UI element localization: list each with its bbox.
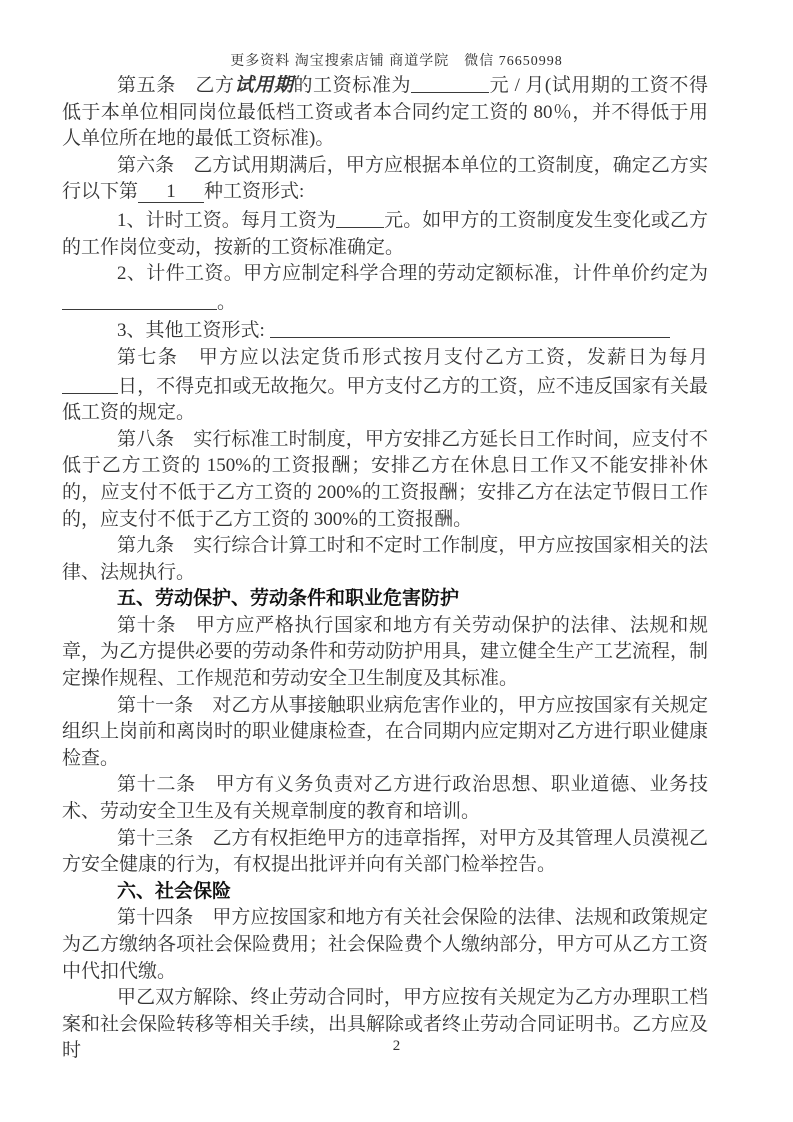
paragraph: 2、计件工资。甲方应制定科学合理的劳动定额标准，计件单价约定为。 [62,261,708,316]
text-run: 种工资形式: [204,181,304,202]
text-run: 第十条 甲方应严格执行国家和地方有关劳动保护的法律、法规和规章，为乙方提供必要的… [62,615,708,689]
text-run: 。 [217,292,236,313]
text-run: 第十二条 甲方有义务负责对乙方进行政治思想、职业道德、业务技术、劳动安全卫生及有… [62,774,708,822]
paragraph: 第十四条 甲方应按国家和地方有关社会保险的法律、法规和政策规定为乙方缴纳各项社会… [62,905,708,985]
document-page: 更多资料 淘宝搜索店铺 商道学院 微信 76650998 第五条 乙方试用期的工… [0,0,793,1122]
section-heading: 六、社会保险 [62,879,708,906]
emphasized-text: 试用期 [235,75,294,96]
paragraph: 第八条 实行标准工时制度，甲方安排乙方延长日工作时间，应支付不低于乙方工资的 1… [62,427,708,533]
text-run: 第十四条 甲方应按国家和地方有关社会保险的法律、法规和政策规定为乙方缴纳各项社会… [62,907,708,981]
paragraph: 第五条 乙方试用期的工资标准为元 / 月(试用期的工资不得低于本单位相同岗位最低… [62,71,708,153]
text-run: 3、其他工资形式: [117,320,270,341]
paragraph: 第十条 甲方应严格执行国家和地方有关劳动保护的法律、法规和规章，为乙方提供必要的… [62,613,708,693]
paragraph: 第十一条 对乙方从事接触职业病危害作业的，甲方应按国家有关规定组织上岗前和离岗时… [62,693,708,773]
paragraph: 第十三条 乙方有权拒绝甲方的违章指挥，对甲方及其管理人员漠视乙方安全健康的行为，… [62,826,708,879]
section-heading: 五、劳动保护、劳动条件和职业危害防护 [62,586,708,613]
paragraph: 第六条 乙方试用期满后，甲方应根据本单位的工资制度，确定乙方实行以下第1种工资形… [62,153,708,206]
document-body: 第五条 乙方试用期的工资标准为元 / 月(试用期的工资不得低于本单位相同岗位最低… [62,71,708,1065]
text-run: 的工资标准为 [293,75,411,96]
text-run: 六、社会保险 [117,881,231,902]
text-run: 1、计时工资。每月工资为 [117,210,336,231]
text-run: 第八条 实行标准工时制度，甲方安排乙方延长日工作时间，应支付不低于乙方工资的 1… [62,429,708,530]
page-number: 2 [0,1038,793,1055]
paragraph: 第七条 甲方应以法定货币形式按月支付乙方工资，发薪日为每月日，不得克扣或无故拖欠… [62,345,708,427]
paragraph: 3、其他工资形式: [62,316,708,345]
text-run: 第十一条 对乙方从事接触职业病危害作业的，甲方应按国家有关规定组织上岗前和离岗时… [62,695,708,769]
text-run: 第七条 甲方应以法定货币形式按月支付乙方工资，发薪日为每月 [117,347,708,368]
text-run: 日，不得克扣或无故拖欠。甲方支付乙方的工资，应不违反国家有关最低工资的规定。 [62,376,708,424]
page-header-watermark: 更多资料 淘宝搜索店铺 商道学院 微信 76650998 [0,50,793,70]
blank-field [411,71,489,93]
paragraph: 1、计时工资。每月工资为元。如甲方的工资制度发生变化或乙方的工作岗位变动，按新的… [62,206,708,261]
blank-field [336,206,384,228]
blank-field [270,316,670,338]
text-run: 第十三条 乙方有权拒绝甲方的违章指挥，对甲方及其管理人员漠视乙方安全健康的行为，… [62,828,708,876]
text-run: 2、计件工资。甲方应制定科学合理的劳动定额标准，计件单价约定为 [117,263,708,284]
blank-field: 1 [138,181,204,203]
paragraph: 第十二条 甲方有义务负责对乙方进行政治思想、职业道德、业务技术、劳动安全卫生及有… [62,772,708,825]
text-run: 五、劳动保护、劳动条件和职业危害防护 [117,588,459,609]
blank-field [62,372,118,394]
text-run: 第五条 乙方 [117,75,235,96]
blank-field [62,288,217,310]
paragraph: 第九条 实行综合计算工时和不定时工作制度，甲方应按国家相关的法律、法规执行。 [62,533,708,586]
text-run: 第九条 实行综合计算工时和不定时工作制度，甲方应按国家相关的法律、法规执行。 [62,535,708,583]
